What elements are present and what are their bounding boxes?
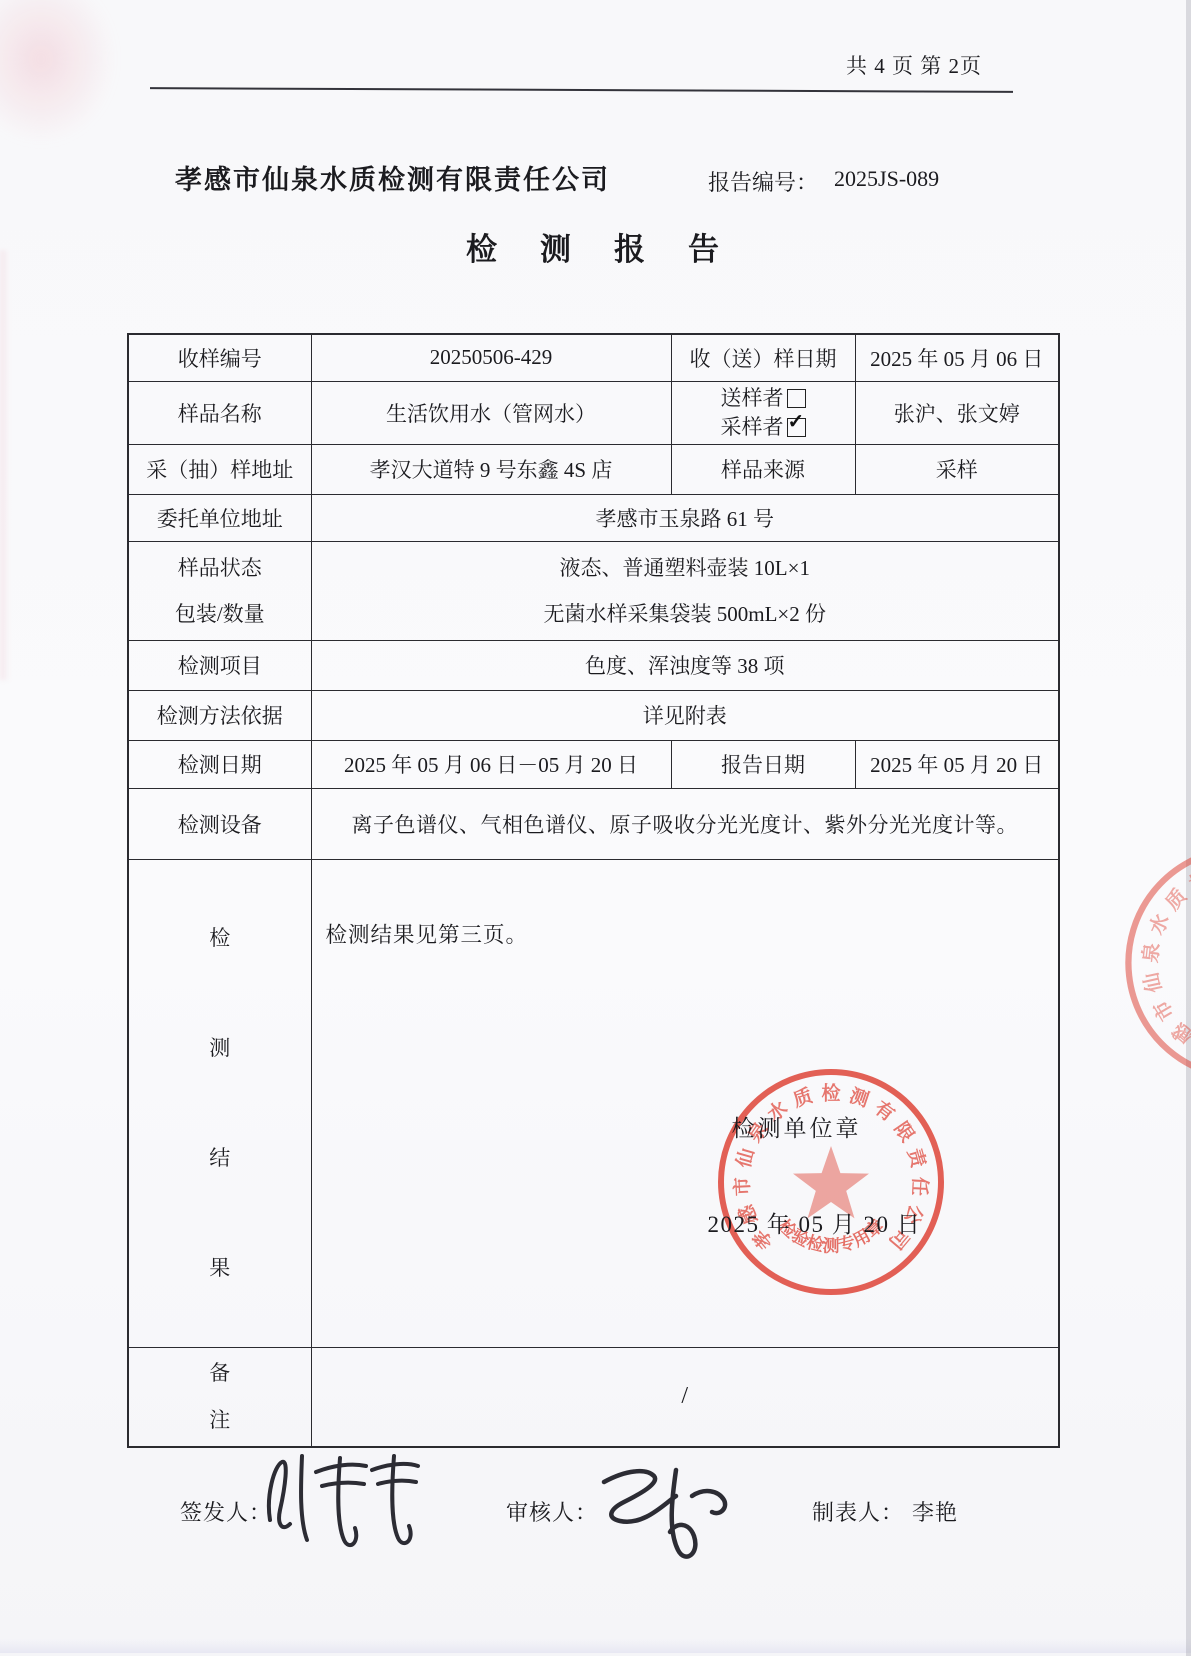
method-value: 详见附表 (311, 690, 1059, 740)
equipment-label: 检测设备 (128, 788, 311, 859)
result-label: 检 测 结 果 (128, 859, 311, 1347)
svg-text:泉: 泉 (1139, 942, 1164, 964)
client-addr-label: 委托单位地址 (128, 494, 311, 541)
collector-label: 采样者 (721, 413, 784, 442)
table-row: 检测方法依据 详见附表 (128, 690, 1059, 740)
svg-text:责: 责 (903, 1145, 931, 1170)
report-number: 报告编号： 2025JS-089 (708, 166, 939, 197)
result-area: 检测结果见第三页。 孝感市仙泉水质检测有限责任公司检验检测专用章 检测单位章 2… (312, 860, 1059, 1347)
sender-checkbox-unchecked (787, 389, 806, 408)
remark-value: / (311, 1347, 1059, 1447)
scanned-report-page: 共 4 页 第 2页 孝感市仙泉水质检测有限责任公司 报告编号： 2025JS-… (0, 0, 1191, 1656)
table-row: 检测日期 2025 年 05 月 06 日－05 月 20 日 报告日期 202… (128, 740, 1059, 788)
table-row: 样品状态 包装/数量 液态、普通塑料壶装 10L×1 无菌水样采集袋装 500m… (128, 541, 1059, 640)
report-number-value: 2025JS-089 (834, 166, 939, 197)
equipment-value: 离子色谱仪、气相色谱仪、原子吸收分光光度计、紫外分光光度计等。 (311, 788, 1059, 859)
issuer-signature (258, 1438, 433, 1553)
result-note: 检测结果见第三页。 (326, 918, 529, 949)
method-label: 检测方法依据 (128, 690, 311, 740)
test-items-label: 检测项目 (128, 640, 311, 690)
sample-source-value: 采样 (855, 444, 1059, 494)
table-row: 备 注 / (128, 1347, 1059, 1447)
test-date-value: 2025 年 05 月 06 日－05 月 20 日 (311, 740, 671, 788)
svg-text:市: 市 (1149, 996, 1179, 1025)
svg-text:水: 水 (1145, 910, 1174, 938)
receive-date-label: 收（送）样日期 (671, 334, 855, 381)
document-title: 检 测 报 告 (0, 224, 1191, 269)
sample-addr-label: 采（抽）样地址 (128, 444, 311, 494)
sample-no-label: 收样编号 (128, 334, 311, 381)
sender-label: 送样者 (721, 384, 784, 413)
scan-smudge-left (0, 250, 10, 680)
company-seal-stamp: 孝感市仙泉水质检测有限责任公司检验检测专用章 (711, 1062, 951, 1302)
svg-text:限: 限 (889, 1118, 918, 1146)
svg-text:有: 有 (870, 1096, 899, 1126)
table-row: 检 测 结 果 检测结果见第三页。 孝感市仙泉水质检测有限责任公司检验检测专用章… (128, 859, 1059, 1347)
test-items-value: 色度、浑浊度等 38 项 (311, 640, 1059, 690)
svg-text:检: 检 (1186, 867, 1191, 897)
reviewer-label: 审核人： (506, 1496, 598, 1527)
svg-text:任: 任 (907, 1176, 931, 1196)
client-addr-value: 孝感市玉泉路 61 号 (311, 494, 1059, 541)
svg-text:检: 检 (821, 1081, 841, 1104)
collector-line: 采样者 ✓ (676, 413, 851, 442)
table-row: 委托单位地址 孝感市玉泉路 61 号 (128, 494, 1059, 541)
sample-state-value: 液态、普通塑料壶装 10L×1 无菌水样采集袋装 500mL×2 份 (311, 541, 1059, 640)
partial-seal-stamp-right-edge: 孝感市仙泉水质检测有限责任公司检验检测专用章 (1074, 794, 1191, 1132)
svg-text:质: 质 (790, 1083, 815, 1111)
report-date-value: 2025 年 05 月 20 日 (855, 740, 1059, 788)
scan-band-bottom (0, 1639, 1191, 1653)
preparer: 制表人： 李艳 (812, 1496, 958, 1527)
table-row: 采（抽）样地址 孝汉大道特 9 号东鑫 4S 店 样品来源 采样 (128, 444, 1059, 494)
sample-addr-value: 孝汉大道特 9 号东鑫 4S 店 (311, 444, 671, 494)
table-row: 检测设备 离子色谱仪、气相色谱仪、原子吸收分光光度计、紫外分光光度计等。 (128, 788, 1059, 859)
sample-state-label: 样品状态 包装/数量 (128, 541, 311, 640)
table-row: 检测项目 色度、浑浊度等 38 项 (128, 640, 1059, 690)
svg-text:质: 质 (1161, 884, 1191, 914)
svg-text:市: 市 (730, 1176, 754, 1196)
receive-date-value: 2025 年 05 月 06 日 (855, 334, 1059, 381)
page-count: 共 4 页 第 2页 (0, 50, 982, 80)
svg-text:仙: 仙 (732, 1145, 759, 1170)
result-cell: 检测结果见第三页。 孝感市仙泉水质检测有限责任公司检验检测专用章 检测单位章 2… (311, 859, 1059, 1347)
header-rule (150, 87, 1013, 93)
seal-caption: 检测单位章 (732, 1110, 862, 1143)
report-table: 收样编号 20250506-429 收（送）样日期 2025 年 05 月 06… (127, 333, 1060, 1448)
remark-label: 备 注 (128, 1347, 311, 1447)
sample-no-value: 20250506-429 (311, 334, 671, 381)
svg-text:仙: 仙 (1141, 970, 1167, 995)
reviewer-signature (588, 1452, 738, 1572)
collector-checkbox-checked: ✓ (787, 418, 806, 437)
sample-name-value: 生活饮用水（管网水） (311, 381, 671, 444)
sample-name-label: 样品名称 (128, 381, 311, 444)
check-icon: ✓ (788, 412, 805, 432)
preparer-label: 制表人： (812, 1496, 904, 1527)
svg-text:感: 感 (1168, 1018, 1191, 1048)
table-row: 收样编号 20250506-429 收（送）样日期 2025 年 05 月 06… (128, 334, 1059, 381)
report-date-label: 报告日期 (671, 740, 855, 788)
sample-source-label: 样品来源 (671, 444, 855, 494)
svg-text:测: 测 (846, 1084, 871, 1111)
sender-line: 送样者 (676, 384, 851, 413)
preparer-name: 李艳 (912, 1496, 958, 1527)
seal-date: 2025 年 05 月 20 日 (708, 1206, 922, 1239)
table-row: 样品名称 生活饮用水（管网水） 送样者 采样者 ✓ 张沪、张文婷 (128, 381, 1059, 444)
sampler-names: 张沪、张文婷 (855, 381, 1059, 444)
company-name: 孝感市仙泉水质检测有限责任公司 (175, 158, 610, 197)
test-date-label: 检测日期 (128, 740, 311, 788)
report-number-label: 报告编号： (708, 166, 818, 197)
sender-collector-cell: 送样者 采样者 ✓ (671, 381, 855, 444)
